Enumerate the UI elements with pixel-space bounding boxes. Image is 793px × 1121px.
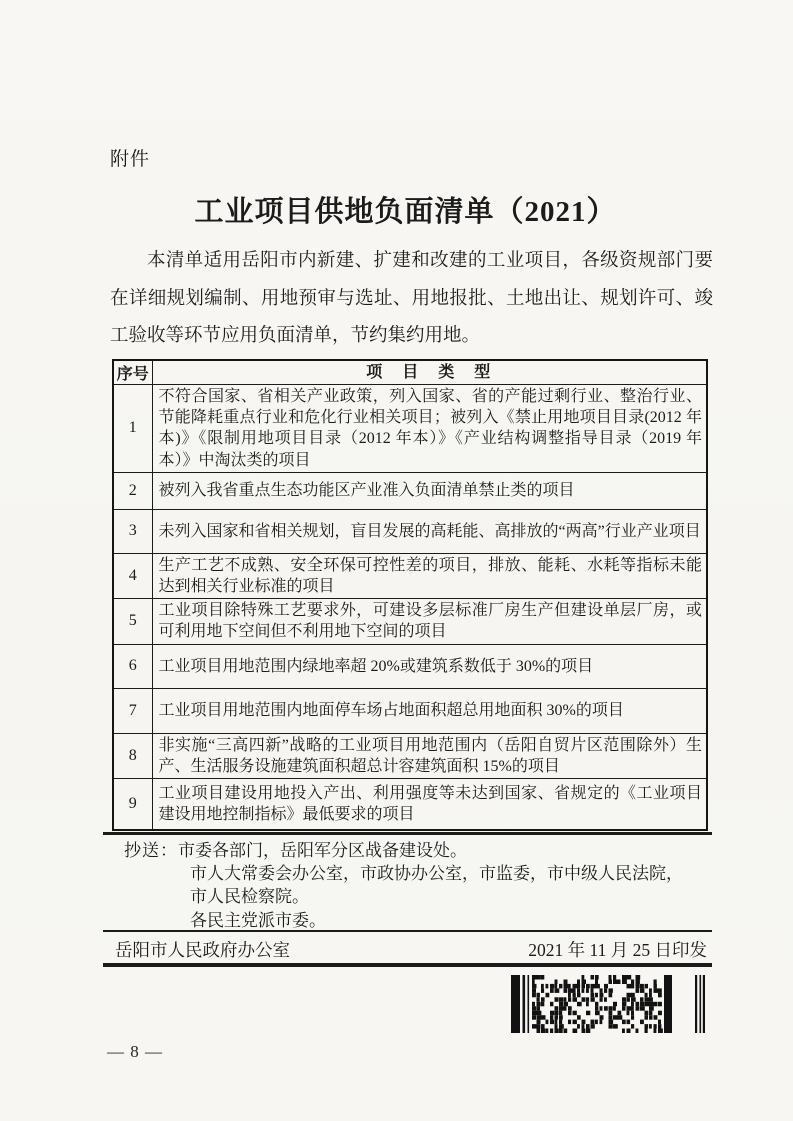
- table-row: 1 不符合国家、省相关产业政策，列入国家、省的产能过剩行业、整治行业、节能降耗重…: [113, 385, 707, 473]
- row-number: 7: [113, 688, 152, 733]
- table-row: 4 生产工艺不成熟、安全环保可控性差的项目，排放、能耗、水耗等指标未能达到相关行…: [113, 553, 707, 598]
- table-row: 8 非实施“三高四新”战略的工业项目用地范围内（岳阳自贸片区范围除外）生产、生活…: [113, 733, 707, 778]
- table-header-type: 项 目 类 型: [152, 360, 707, 385]
- row-number: 8: [113, 733, 152, 778]
- cc-line: 市人大常委会办公室，市政协办公室，市监委，市中级人民法院，: [190, 862, 710, 885]
- row-text: 工业项目建设用地投入产出、利用强度等未达到国家、省规定的《工业项目建设用地控制指…: [152, 779, 707, 830]
- page-number: — 8 —: [107, 1042, 163, 1062]
- cc-line: 抄送：市委各部门，岳阳军分区战备建设处。: [124, 839, 710, 862]
- row-text: 被列入我省重点生态功能区产业准入负面清单禁止类的项目: [152, 472, 707, 509]
- table-row: 9 工业项目建设用地投入产出、利用强度等未达到国家、省规定的《工业项目建设用地控…: [113, 779, 707, 830]
- table-header-row: 序号 项 目 类 型: [113, 360, 707, 385]
- cc-line: 市人民检察院。: [190, 885, 710, 908]
- table-row: 5 工业项目除特殊工艺要求外，可建设多层标准厂房生产但建设单层厂房，或可利用地下…: [113, 599, 707, 644]
- table-header-no: 序号: [113, 360, 152, 385]
- row-text: 生产工艺不成熟、安全环保可控性差的项目，排放、能耗、水耗等指标未能达到相关行业标…: [152, 553, 707, 598]
- barcode-svg: [511, 975, 705, 1033]
- intro-paragraph: 本清单适用岳阳市内新建、扩建和改建的工业项目，各级资规部门要在详细规划编制、用地…: [110, 243, 713, 353]
- attachment-label: 附件: [110, 144, 150, 171]
- footer-rule-thick: [103, 963, 712, 967]
- issuer-name: 岳阳市人民政府办公室: [115, 937, 290, 962]
- row-number: 6: [113, 644, 152, 688]
- table-row: 3 未列入国家和省相关规划，盲目发展的高耗能、高排放的“两高”行业产业项目: [113, 509, 707, 553]
- cc-label: 抄送：: [124, 841, 178, 860]
- row-number: 5: [113, 599, 152, 644]
- row-number: 3: [113, 509, 152, 553]
- document-page: 附件 工业项目供地负面清单（2021） 本清单适用岳阳市内新建、扩建和改建的工业…: [0, 0, 793, 1121]
- row-text: 不符合国家、省相关产业政策，列入国家、省的产能过剩行业、整治行业、节能降耗重点行…: [152, 385, 707, 473]
- row-number: 4: [113, 553, 152, 598]
- row-number: 9: [113, 779, 152, 830]
- cc-divider-top: [103, 832, 712, 835]
- row-text: 工业项目用地范围内绿地率超 20%或建筑系数低于 30%的项目: [152, 644, 707, 688]
- print-date: 2021 年 11 月 25 日印发: [528, 937, 707, 962]
- issue-row: 岳阳市人民政府办公室 2021 年 11 月 25 日印发: [115, 937, 707, 962]
- row-text: 非实施“三高四新”战略的工业项目用地范围内（岳阳自贸片区范围除外）生产、生活服务…: [152, 733, 707, 778]
- row-text: 未列入国家和省相关规划，盲目发展的高耗能、高排放的“两高”行业产业项目: [152, 509, 707, 553]
- row-number: 1: [113, 385, 152, 473]
- row-text: 工业项目用地范围内地面停车场占地面积超总用地面积 30%的项目: [152, 688, 707, 733]
- document-title: 工业项目供地负面清单（2021）: [9, 189, 793, 230]
- cc-block: 抄送：市委各部门，岳阳军分区战备建设处。 市人大常委会办公室，市政协办公室，市监…: [124, 839, 710, 932]
- row-number: 2: [113, 472, 152, 509]
- cc-line-text: 市委各部门，岳阳军分区战备建设处。: [178, 841, 467, 860]
- cc-line: 各民主党派市委。: [190, 909, 710, 932]
- row-text: 工业项目除特殊工艺要求外，可建设多层标准厂房生产但建设单层厂房，或可利用地下空间…: [152, 599, 707, 644]
- table-row: 2 被列入我省重点生态功能区产业准入负面清单禁止类的项目: [113, 472, 707, 509]
- negative-list-table: 序号 项 目 类 型 1 不符合国家、省相关产业政策，列入国家、省的产能过剩行业…: [112, 359, 708, 831]
- table-row: 6 工业项目用地范围内绿地率超 20%或建筑系数低于 30%的项目: [113, 644, 707, 688]
- cc-divider-bottom: [103, 930, 712, 932]
- table-row: 7 工业项目用地范围内地面停车场占地面积超总用地面积 30%的项目: [113, 688, 707, 733]
- barcode: [511, 975, 705, 1033]
